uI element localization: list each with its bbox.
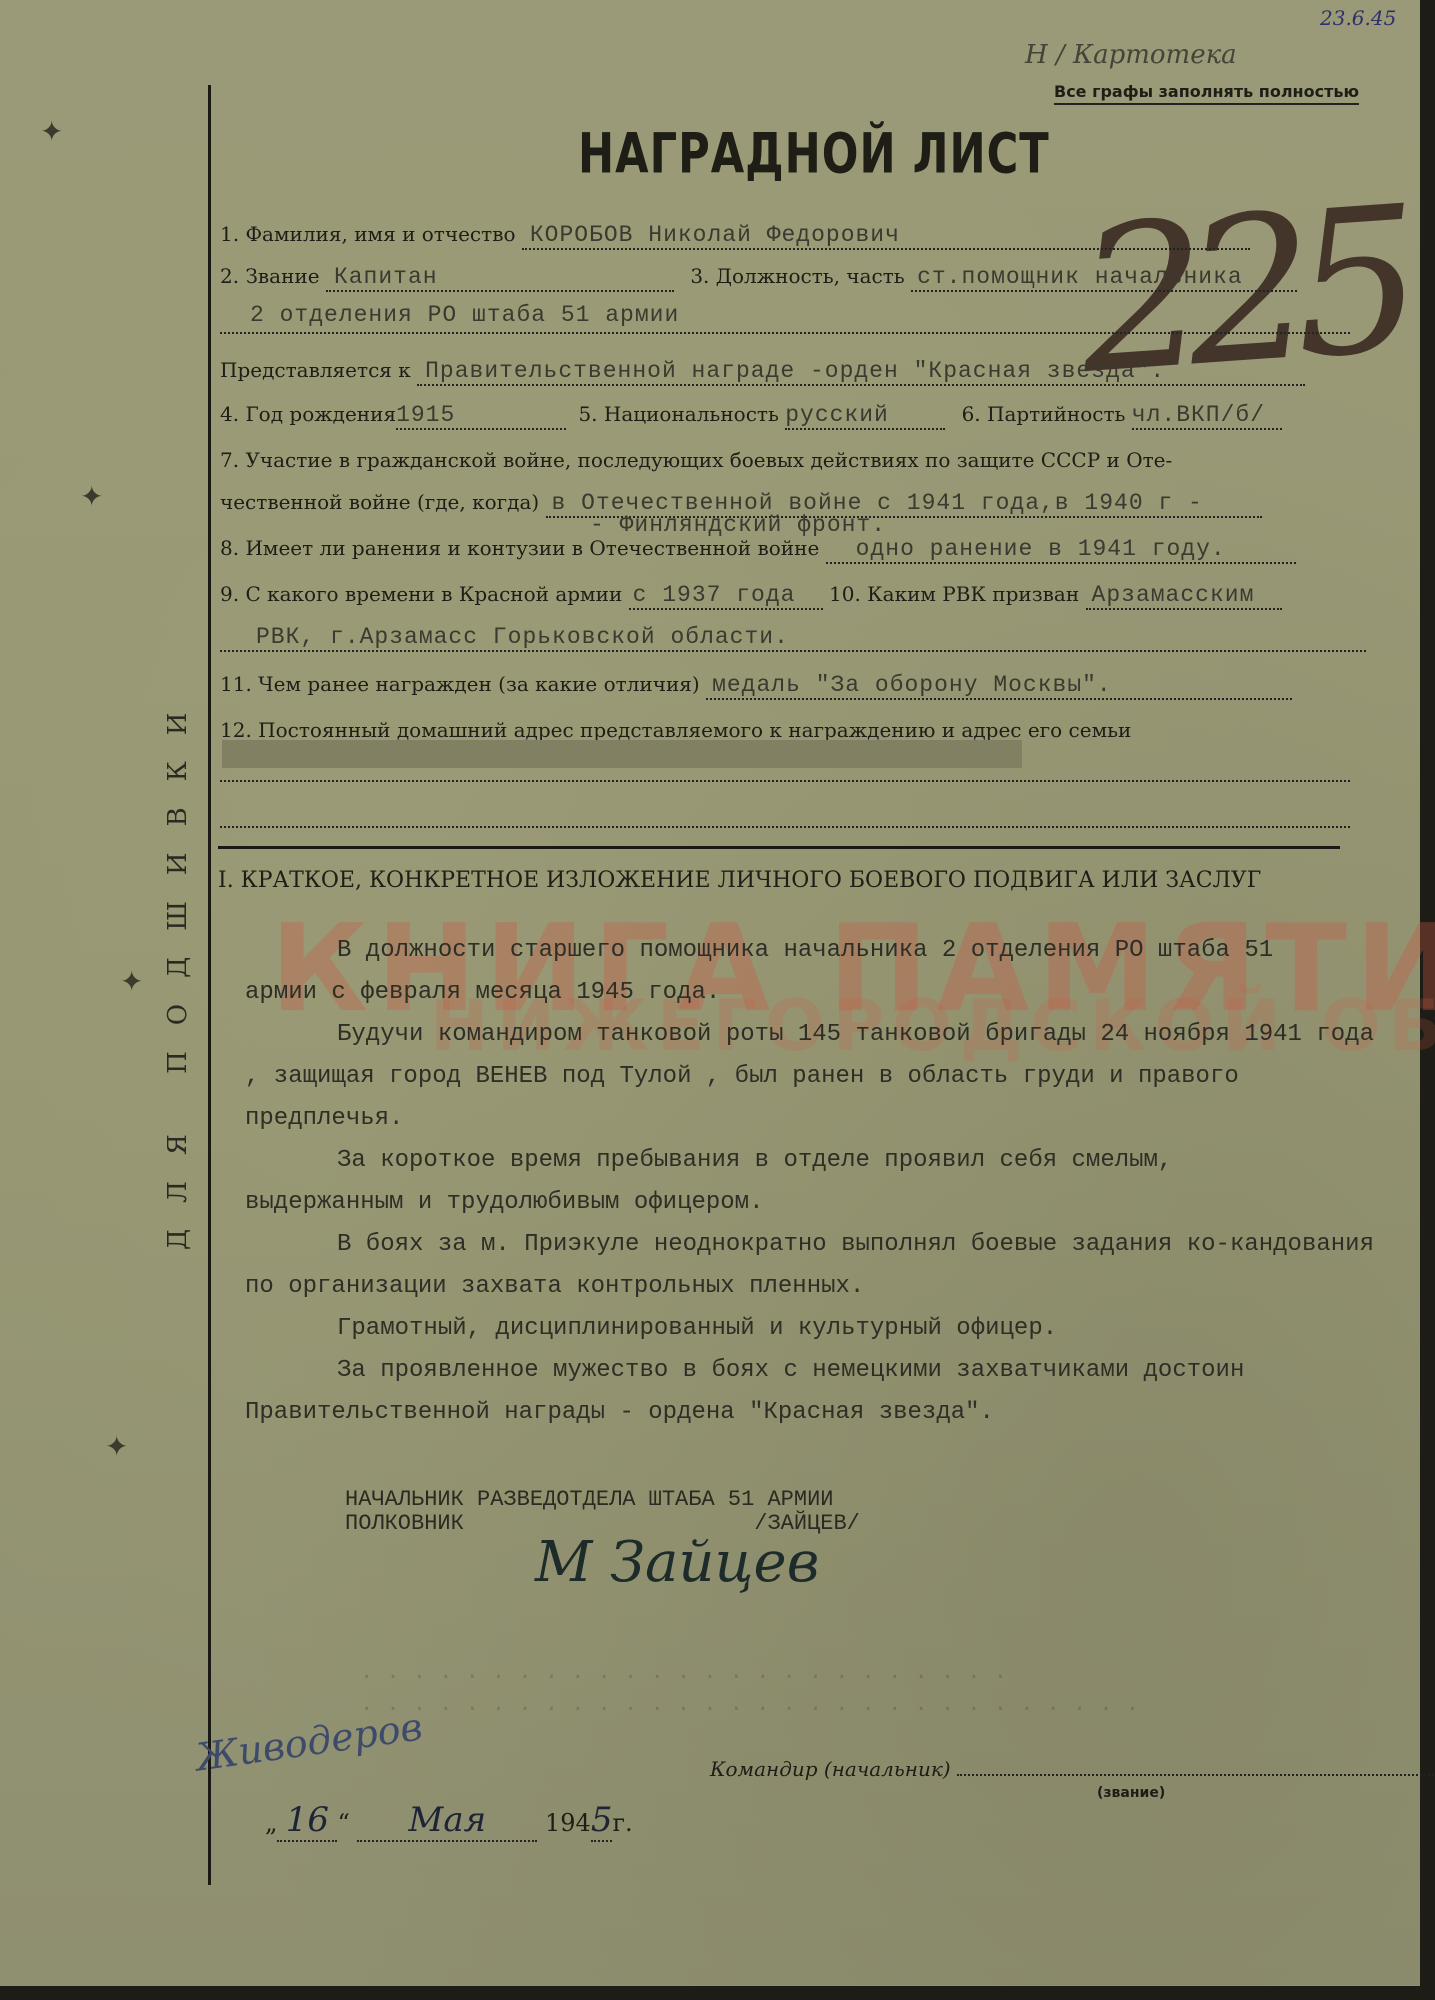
merits-paragraph: Грамотный, дисциплинированный и культурн… — [245, 1308, 1415, 1350]
faded-bleedthrough-text: . . . . . . . . . . . . . . . . . . . . … — [360, 1660, 1007, 1685]
handwritten-note-card-index: Н / Картотека — [1025, 40, 1237, 70]
watermark-star-icon: ✦ — [105, 1430, 128, 1463]
document-date: „16“ Мая 1945г. — [265, 1800, 633, 1842]
merits-paragraph: За проявленное мужество в боях с немецки… — [245, 1350, 1405, 1434]
field-rank-position: 2. Звание Капитан 3. Должность, часть ст… — [220, 264, 1297, 292]
field-draft-continued: РВК, г.Арзамасс Горьковской области. — [220, 624, 1366, 652]
merits-paragraph: Будучи командиром танковой роты 145 танк… — [245, 1014, 1395, 1140]
field-previous-awards: 11. Чем ранее награжден (за какие отличи… — [220, 672, 1292, 700]
commander-signature-line: Командир (начальник) — [710, 1757, 1435, 1781]
section-title-merits: I. КРАТКОЕ, КОНКРЕТНОЕ ИЗЛОЖЕНИЕ ЛИЧНОГО… — [218, 868, 1261, 893]
field-full-name: 1. Фамилия, имя и отчество КОРОБОВ Никол… — [220, 222, 1250, 250]
field-label: Представляется к — [220, 358, 411, 382]
document-title: НАГРАДНОЙ ЛИСТ — [578, 122, 1050, 186]
signatory-block: НАЧАЛЬНИК РАЗВЕДОТДЕЛА ШТАБА 51 АРМИИПОЛ… — [345, 1488, 860, 1536]
merits-paragraph: За короткое время пребывания в отделе пр… — [245, 1140, 1345, 1224]
date-month: Мая — [357, 1800, 537, 1842]
field-wounds: 8. Имеет ли ранения и контузии в Отечест… — [220, 536, 1296, 564]
field-value-draft-office: Арзамасским — [1086, 582, 1282, 610]
fill-all-fields-instruction: Все графы заполнять полностью — [1054, 82, 1359, 105]
merits-text: В должности старшего помощника начальник… — [245, 930, 1415, 1434]
field-value-position: ст.помощник начальника — [911, 264, 1297, 292]
watermark-star-icon: ✦ — [80, 480, 103, 513]
field-presented-for: Представляется к Правительственной награ… — [220, 358, 1305, 386]
dotted-rule — [220, 780, 1350, 782]
field-label: 3. Должность, часть — [690, 264, 904, 288]
field-label: 10. Каким РВК призван — [829, 582, 1079, 606]
field-label: 8. Имеет ли ранения и контузии в Отечест… — [220, 536, 819, 560]
date-day: 16 — [277, 1800, 337, 1842]
field-home-address-label: 12. Постоянный домашний адрес представля… — [220, 718, 1131, 742]
section-divider — [218, 846, 1340, 849]
field-position-continued: 2 отделения РО штаба 51 армии — [250, 302, 679, 328]
faded-bleedthrough-text: . . . . . . . . . . . . . . . . . . . . … — [360, 1692, 1139, 1717]
handwritten-signature: М Зайцев — [535, 1530, 819, 1595]
field-label: 5. Национальность — [578, 402, 778, 426]
signatory-title: НАЧАЛЬНИК РАЗВЕДОТДЕЛА ШТАБА 51 АРМИИ — [345, 1488, 860, 1512]
date-year-prefix: 194 — [545, 1809, 591, 1837]
field-7-label-line1: 7. Участие в гражданской войне, последую… — [220, 448, 1172, 472]
field-value-birth-year: 1915 — [396, 402, 566, 430]
field-value: Правительственной награде -орден "Красна… — [417, 358, 1305, 386]
dotted-rule — [220, 826, 1350, 828]
field-label: 4. Год рождения — [220, 402, 396, 426]
watermark-star-icon: ✦ — [120, 965, 143, 998]
field-label: 9. С какого времени в Красной армии — [220, 582, 622, 606]
handwritten-date-top: 23.6.45 — [1320, 6, 1396, 30]
field-war-participation-continued: - Финляндский фронт. — [590, 512, 886, 538]
merits-paragraph: В должности старшего помощника начальник… — [245, 930, 1305, 1014]
watermark-star-icon: ✦ — [40, 115, 63, 148]
merits-paragraph: В боях за м. Приэкуле неоднократно выпол… — [245, 1224, 1405, 1308]
field-label: 1. Фамилия, имя и отчество — [220, 222, 516, 246]
field-value: КОРОБОВ Николай Федорович — [522, 222, 1250, 250]
quote-close: “ — [337, 1809, 349, 1837]
field-value: РВК, г.Арзамасс Горьковской области. — [220, 624, 1366, 652]
field-value: одно ранение в 1941 году. — [826, 536, 1296, 564]
field-value-party: чл.ВКП/б/ — [1132, 402, 1282, 430]
field-value-army-since: с 1937 года — [629, 582, 823, 610]
dotted-rule — [220, 332, 1350, 334]
commander-signature-field — [957, 1774, 1435, 1776]
field-birth-nationality-party: 4. Год рождения1915 5. Национальность ру… — [220, 402, 1282, 430]
field-label: 2. Звание — [220, 264, 320, 288]
date-year-unit: г. — [612, 1809, 632, 1837]
binding-margin-line — [208, 85, 211, 1885]
binding-margin-label: ДЛЯ ПОДШИВКИ — [163, 687, 193, 1250]
field-label: 11. Чем ранее награжден (за какие отличи… — [220, 672, 700, 696]
scan-edge-bottom — [0, 1986, 1435, 2000]
field-value-rank: Капитан — [326, 264, 674, 292]
field-label: 6. Партийность — [962, 402, 1126, 426]
field-label: чественной войне (где, когда) — [220, 490, 539, 514]
rank-caption: (звание) — [1097, 1785, 1165, 1801]
redacted-address — [222, 740, 1022, 768]
field-army-since-draft: 9. С какого времени в Красной армии с 19… — [220, 582, 1282, 610]
field-value: медаль "За оборону Москвы". — [706, 672, 1292, 700]
field-value-nationality: русский — [785, 402, 945, 430]
quote-open: „ — [265, 1809, 277, 1837]
date-year-suffix: 5 — [591, 1800, 613, 1842]
commander-label: Командир (начальник) — [710, 1757, 951, 1781]
